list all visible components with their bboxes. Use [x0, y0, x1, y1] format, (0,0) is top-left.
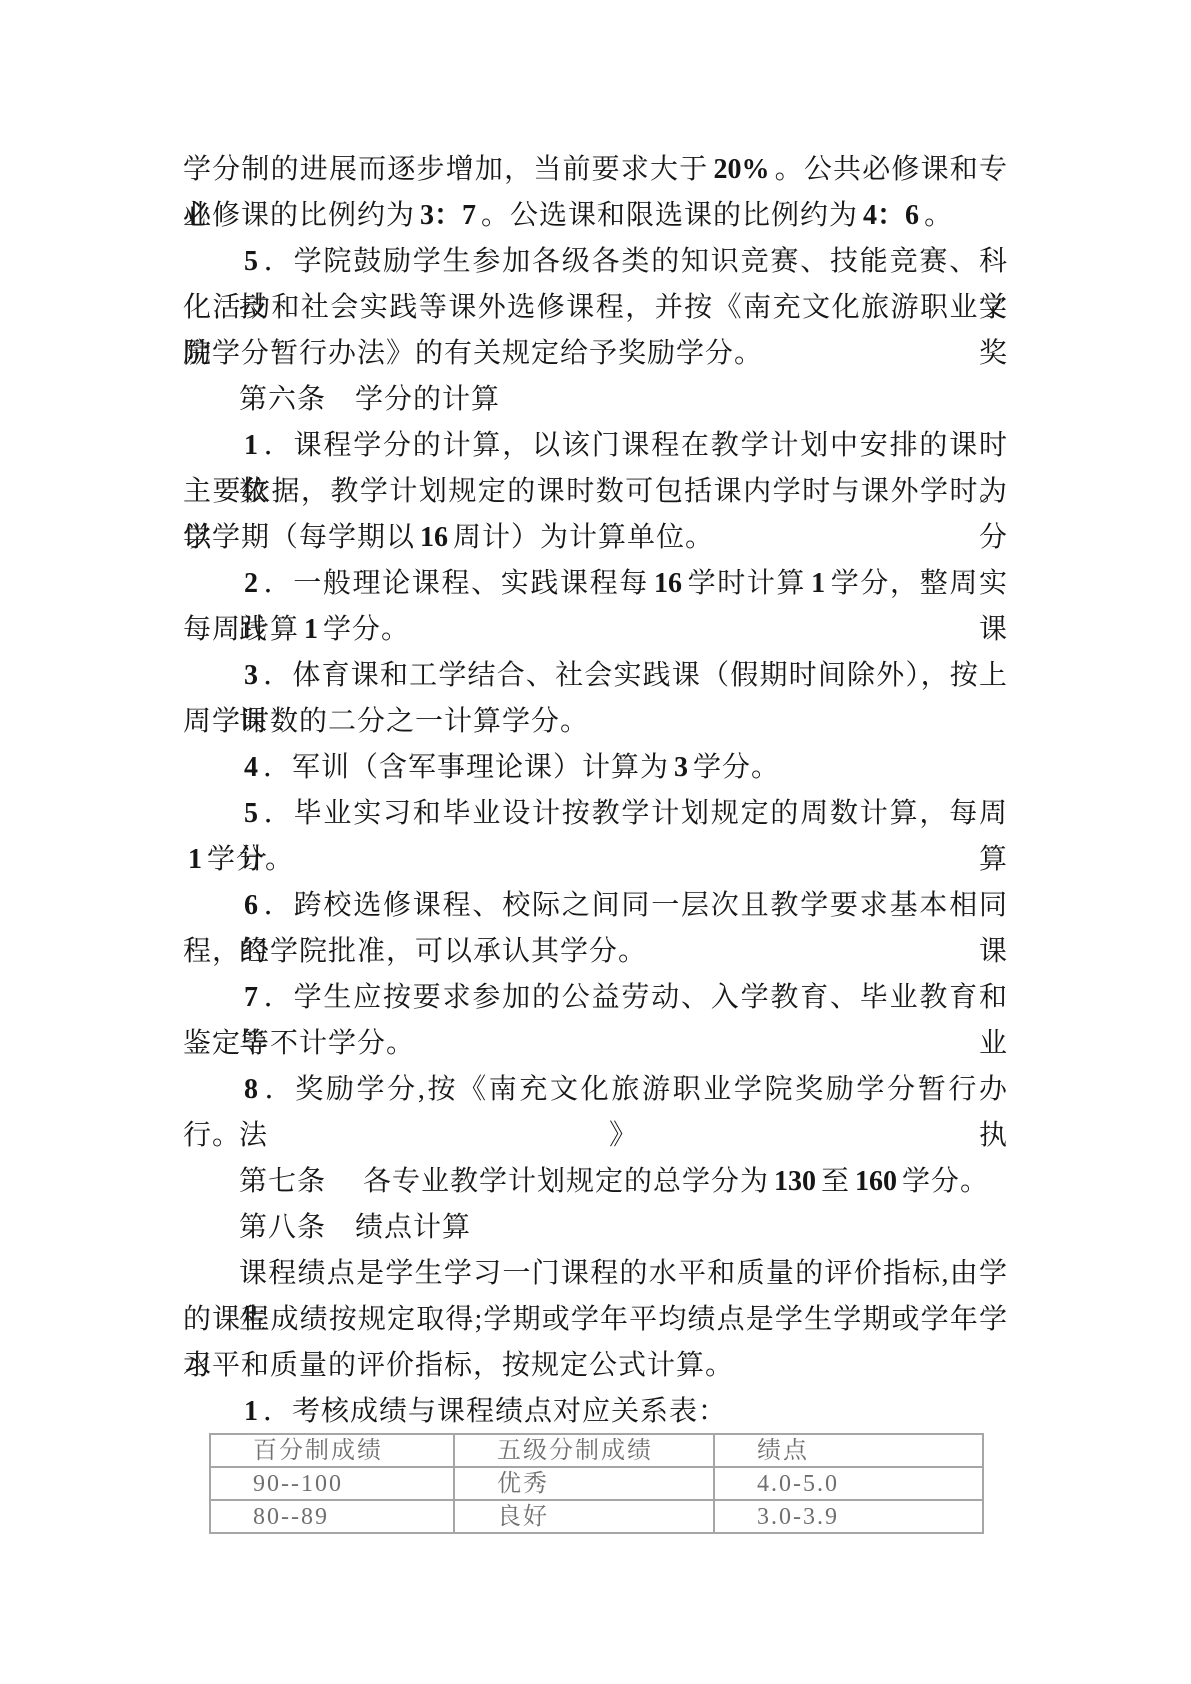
- number-run: 4：6: [858, 200, 924, 231]
- text-line: 5．学院鼓励学生参加各级各类的知识竞赛、技能竞赛、科技文: [183, 239, 1008, 285]
- text-line: 4．军训（含军事理论课）计算为3学分。: [183, 745, 1008, 791]
- text-line: 第八条 绩点计算: [183, 1205, 1008, 1251]
- text-line: 周学时数的二分之一计算学分。: [183, 699, 1008, 745]
- number-run: 1: [239, 1396, 263, 1427]
- text-line: 7．学生应按要求参加的公益劳动、入学教育、毕业教育和毕业: [183, 975, 1008, 1021]
- grade-mapping-table: 百分制成绩五级分制成绩绩点90--100优秀4.0-5.080--89良好3.0…: [209, 1433, 984, 1534]
- text-run: 周学时数的二分之一计算学分。: [183, 706, 589, 737]
- table-cell: 良好: [454, 1500, 714, 1533]
- text-line: 6．跨校选修课程、校际之间同一层次且教学要求基本相同的课: [183, 883, 1008, 929]
- number-run: 4: [239, 752, 263, 783]
- text-line: 1．考核成绩与课程绩点对应关系表：: [183, 1389, 1008, 1435]
- text-column: 学分制的进展而逐步增加，当前要求大于20%。公共必修课和专业必修课的比例约为3：…: [183, 147, 1008, 1435]
- number-run: 6: [239, 890, 263, 921]
- text-run: 第六条 学分的计算: [239, 384, 500, 415]
- number-run: 16: [415, 522, 453, 553]
- table-row: 80--89良好3.0-3.9: [210, 1500, 983, 1533]
- text-run: 第八条 绩点计算: [239, 1212, 471, 1243]
- text-run: 学分。: [207, 844, 294, 875]
- document-page: 学分制的进展而逐步增加，当前要求大于20%。公共必修课和专业必修课的比例约为3：…: [0, 0, 1191, 1684]
- text-run: 每周计算: [183, 614, 299, 645]
- number-run: 130: [769, 1166, 821, 1197]
- text-run: ．考核成绩与课程绩点对应关系表：: [263, 1396, 727, 1427]
- text-line: 2．一般理论课程、实践课程每16学时计算1学分，整周实践课: [183, 561, 1008, 607]
- text-run: 学分制的进展而逐步增加，当前要求大于: [183, 154, 708, 185]
- table-header-cell: 五级分制成绩: [454, 1434, 714, 1467]
- number-run: 5: [239, 246, 263, 277]
- table-row: 90--100优秀4.0-5.0: [210, 1467, 983, 1500]
- number-run: 3: [669, 752, 693, 783]
- text-line: 学分制的进展而逐步增加，当前要求大于20%。公共必修课和专业: [183, 147, 1008, 193]
- text-line: 课程绩点是学生学习一门课程的水平和质量的评价指标,由学生: [183, 1251, 1008, 1297]
- text-line: 5．毕业实习和毕业设计按教学计划规定的周数计算，每周计算: [183, 791, 1008, 837]
- table-header-row: 百分制成绩五级分制成绩绩点: [210, 1434, 983, 1467]
- number-run: 3：7: [415, 200, 481, 231]
- text-line: 水平和质量的评价指标，按规定公式计算。: [183, 1343, 1008, 1389]
- number-run: 160: [850, 1166, 902, 1197]
- number-run: 1: [806, 568, 830, 599]
- text-run: ．奖励学分,按《南充文化旅游职业学院奖励学分暂行办法》执: [239, 1074, 1008, 1151]
- text-run: 励学分暂行办法》的有关规定给予奖励学分。: [183, 338, 763, 369]
- number-run: 16: [649, 568, 687, 599]
- text-line: 第七条 各专业教学计划规定的总学分为130至160学分。: [183, 1159, 1008, 1205]
- text-line: 的课程成绩按规定取得;学期或学年平均绩点是学生学期或学年学习: [183, 1297, 1008, 1343]
- number-run: 5: [239, 798, 263, 829]
- number-run: 8: [239, 1074, 263, 1105]
- table-header-cell: 绩点: [714, 1434, 983, 1467]
- table-header-cell: 百分制成绩: [210, 1434, 454, 1467]
- text-run: 必修课的比例约为: [183, 200, 415, 231]
- table-cell: 4.0-5.0: [714, 1467, 983, 1500]
- number-run: 2: [239, 568, 263, 599]
- text-line: 主要依据，教学计划规定的课时数可包括课内学时与课外学时。学分: [183, 469, 1008, 515]
- text-line: 8．奖励学分,按《南充文化旅游职业学院奖励学分暂行办法》执: [183, 1067, 1008, 1113]
- text-run: 学时计算: [687, 568, 806, 599]
- table-cell: 80--89: [210, 1500, 454, 1533]
- text-run: 周计）为计算单位。: [453, 522, 714, 553]
- text-run: 学分。: [693, 752, 780, 783]
- text-run: 第七条 各专业教学计划规定的总学分为: [239, 1166, 769, 1197]
- text-run: 至: [821, 1166, 850, 1197]
- text-line: 3．体育课和工学结合、社会实践课（假期时间除外），按上课: [183, 653, 1008, 699]
- number-run: 1: [183, 844, 207, 875]
- text-run: 程，经学院批准，可以承认其学分。: [183, 936, 647, 967]
- number-run: 3: [239, 660, 263, 691]
- text-run: 以学期（每学期以: [183, 522, 415, 553]
- table-cell: 优秀: [454, 1467, 714, 1500]
- text-run: 学分。: [902, 1166, 989, 1197]
- table-cell: 3.0-3.9: [714, 1500, 983, 1533]
- number-run: 7: [239, 982, 263, 1013]
- text-run: 。公选课和限选课的比例约为: [481, 200, 858, 231]
- text-run: 行。: [183, 1120, 241, 1151]
- text-run: 水平和质量的评价指标，按规定公式计算。: [183, 1350, 734, 1381]
- text-run: ．一般理论课程、实践课程每: [263, 568, 649, 599]
- text-line: 化活动和社会实践等课外选修课程，并按《南充文化旅游职业学院奖: [183, 285, 1008, 331]
- number-run: 1: [239, 430, 263, 461]
- text-run: ．毕业实习和毕业设计按教学计划规定的周数计算，每周计算: [239, 798, 1008, 875]
- text-run: 鉴定等不计学分。: [183, 1028, 415, 1059]
- text-run: 。: [924, 200, 953, 231]
- number-run: 20%: [708, 154, 774, 185]
- text-line: 1．课程学分的计算，以该门课程在教学计划中安排的课时数为: [183, 423, 1008, 469]
- number-run: 1: [299, 614, 323, 645]
- text-line: 必修课的比例约为3：7。公选课和限选课的比例约为4：6。: [183, 193, 1008, 239]
- text-run: ．军训（含军事理论课）计算为: [263, 752, 669, 783]
- table-cell: 90--100: [210, 1467, 454, 1500]
- text-line: 第六条 学分的计算: [183, 377, 1008, 423]
- text-run: 学分。: [323, 614, 410, 645]
